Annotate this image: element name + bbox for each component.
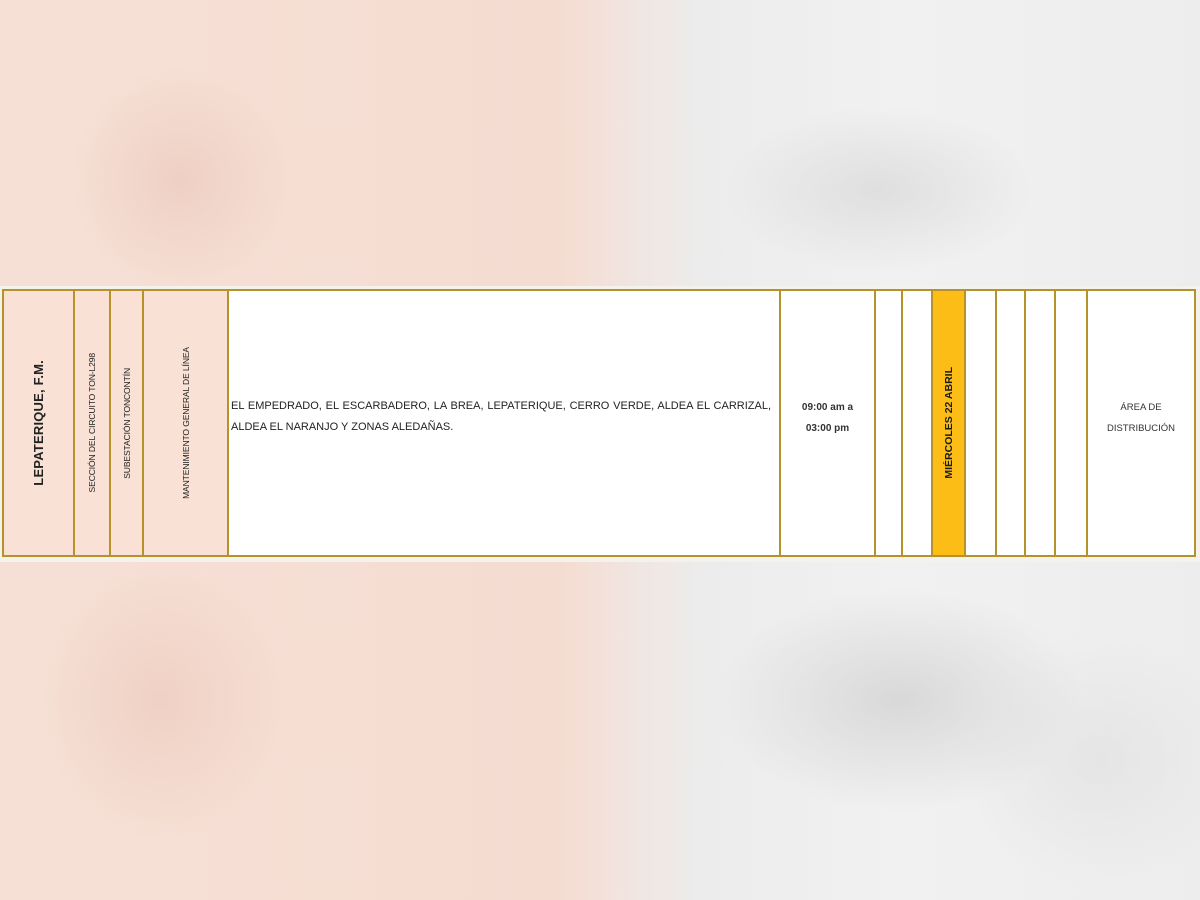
day-cell-empty [966,291,997,555]
circuit-section-cell: SECCIÓN DEL CIRCUITO TON-L298 [75,291,111,555]
day-cell-empty [1056,291,1088,555]
affected-areas-cell: EL EMPEDRADO, EL ESCARBADERO, LA BREA, L… [229,291,781,555]
responsible-area-line2: DISTRIBUCIÓN [1107,418,1175,439]
responsible-area: ÁREA DE DISTRIBUCIÓN [1107,397,1175,439]
work-type-label: MANTENIMIENTO GENERAL DE LÍNEA [181,347,191,499]
day-cell-empty [997,291,1026,555]
time-range: 09:00 am a 03:00 pm [802,397,853,439]
outage-schedule-row: LEPATERIQUE, F.M. SECCIÓN DEL CIRCUITO T… [2,289,1196,557]
substation-label: SUBESTACIÓN TONCONTÍN [122,368,132,479]
municipality-cell: LEPATERIQUE, F.M. [4,291,75,555]
date-label: MIÉRCOLES 22 ABRIL [943,367,955,479]
day-cell-empty [903,291,933,555]
work-type-cell: MANTENIMIENTO GENERAL DE LÍNEA [144,291,229,555]
affected-areas-text: EL EMPEDRADO, EL ESCARBADERO, LA BREA, L… [229,396,779,438]
circuit-section-label: SECCIÓN DEL CIRCUITO TON-L298 [87,353,97,492]
responsible-area-line1: ÁREA DE [1107,397,1175,418]
municipality-label: LEPATERIQUE, F.M. [31,360,46,486]
time-start: 09:00 am a [802,397,853,418]
date-cell-highlighted: MIÉRCOLES 22 ABRIL [933,291,966,555]
day-cell-empty [1026,291,1056,555]
day-cell-empty [876,291,903,555]
substation-cell: SUBESTACIÓN TONCONTÍN [111,291,144,555]
time-cell: 09:00 am a 03:00 pm [781,291,876,555]
time-end: 03:00 pm [802,418,853,439]
responsible-area-cell: ÁREA DE DISTRIBUCIÓN [1088,291,1194,555]
